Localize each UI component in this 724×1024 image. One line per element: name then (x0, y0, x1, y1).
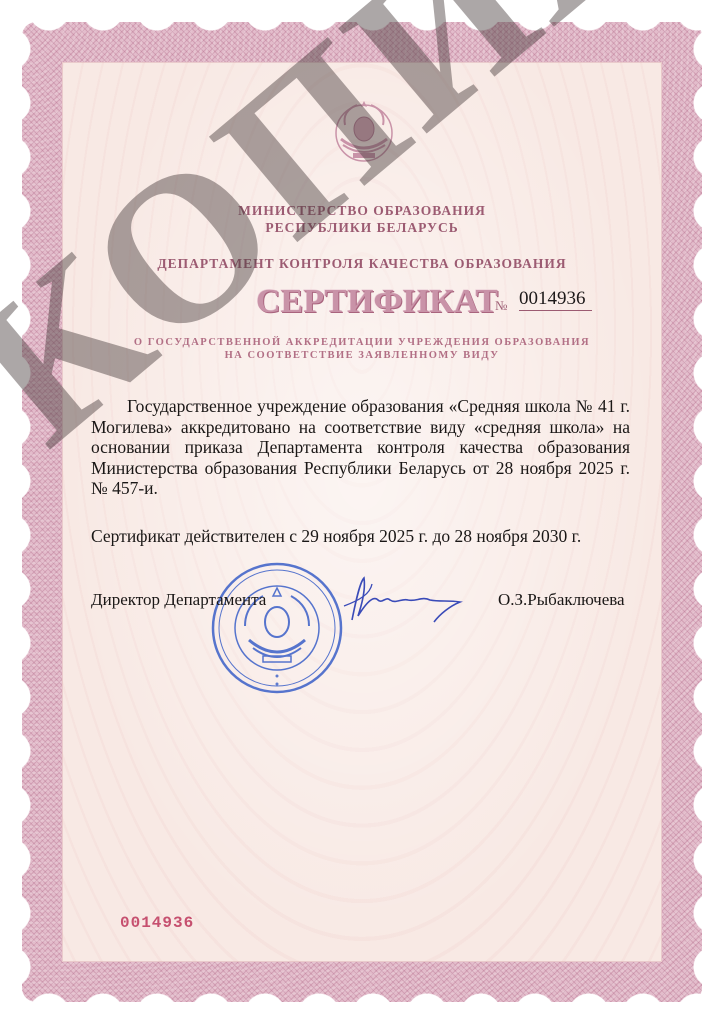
certificate-number: 0014936 (519, 288, 592, 311)
border-scallop-right (690, 22, 704, 1002)
validity-period: Сертификат действителен с 29 ноября 2025… (91, 526, 581, 547)
border-scallop-bottom (22, 990, 702, 1004)
state-emblem-stamp-icon (209, 560, 345, 696)
number-sign: № (495, 298, 507, 314)
signatory-position: Директор Департамента (91, 590, 266, 610)
signatory-name: О.З.Рыбаключева (498, 590, 625, 610)
signature-icon (330, 570, 490, 630)
border-scallop-left (20, 22, 34, 1002)
serial-number: 0014936 (120, 914, 194, 932)
